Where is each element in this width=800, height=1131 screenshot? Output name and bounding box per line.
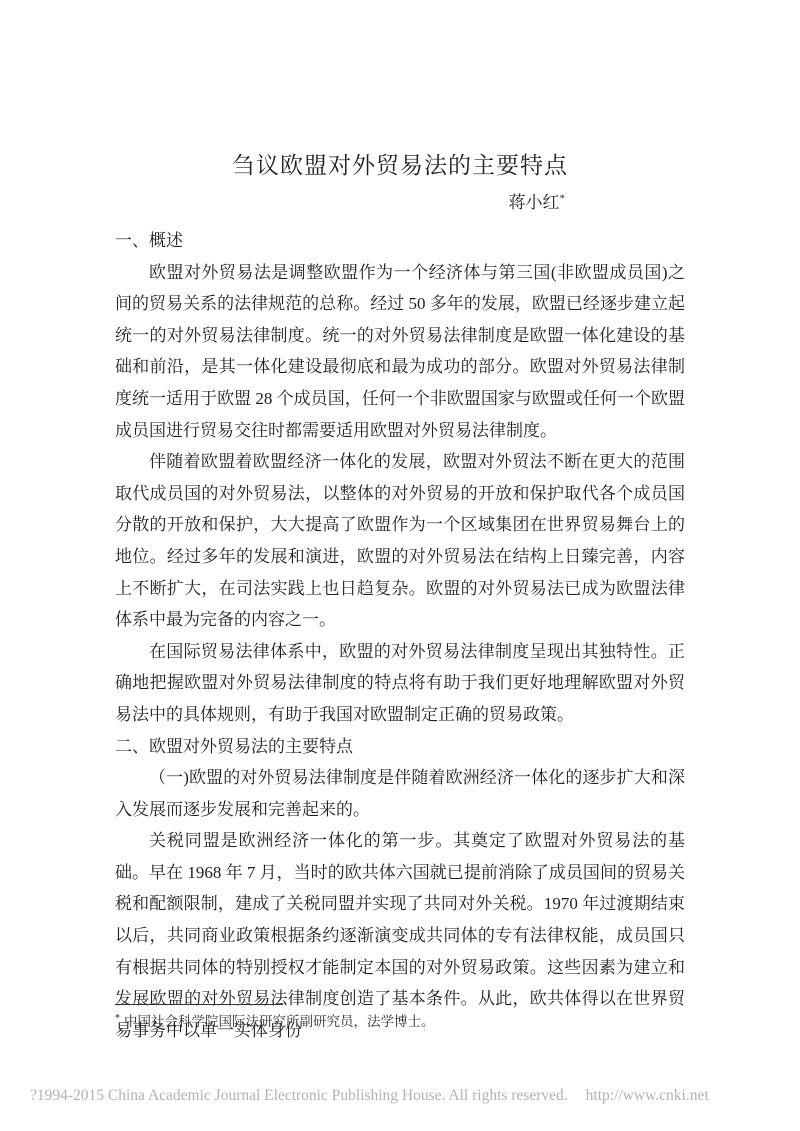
section-heading-main-features: 二、欧盟对外贸易法的主要特点 — [115, 731, 685, 763]
paper-title: 刍议欧盟对外贸易法的主要特点 — [115, 149, 685, 183]
paragraph: 伴随着欧盟着欧盟经济一体化的发展，欧盟对外贸法不断在更大的范围取代成员国的对外贸… — [115, 446, 685, 636]
section-heading-overview: 一、概述 — [115, 225, 685, 257]
watermark-url: http://www.cnki.net — [586, 1087, 709, 1104]
paragraph: 欧盟对外贸易法是调整欧盟作为一个经济体与第三国(非欧盟成员国)之间的贸易关系的法… — [115, 257, 685, 447]
paragraph: 在国际贸易法律体系中，欧盟的对外贸易法律制度呈现出其独特性。正确地把握欧盟对外贸… — [115, 636, 685, 731]
footnote-separator-rule — [115, 1004, 283, 1005]
author-footnote-marker: * — [560, 192, 566, 204]
paragraph: （一)欧盟的对外贸易法律制度是伴随着欧洲经济一体化的逐步扩大和深入发展而逐步发展… — [115, 762, 685, 825]
page-content: 刍议欧盟对外贸易法的主要特点 蒋小红* 一、概述 欧盟对外贸易法是调整欧盟作为一… — [115, 0, 685, 1046]
publisher-watermark: ?1994-2015 China Academic Journal Electr… — [30, 1086, 709, 1106]
footnote-text: 中国社会科学院国际法研究所副研究员，法学博士。 — [124, 1014, 435, 1029]
author-name: 蒋小红 — [509, 193, 560, 212]
footnote-marker: * — [115, 1013, 120, 1024]
author-line: 蒋小红* — [115, 191, 685, 215]
footnote-text-line: *中国社会科学院国际法研究所副研究员，法学博士。 — [115, 1012, 685, 1032]
watermark-copyright-text: ?1994-2015 China Academic Journal Electr… — [30, 1087, 568, 1104]
footnote-block: *中国社会科学院国际法研究所副研究员，法学博士。 — [115, 1004, 685, 1032]
document-page: 刍议欧盟对外贸易法的主要特点 蒋小红* 一、概述 欧盟对外贸易法是调整欧盟作为一… — [0, 0, 800, 1131]
